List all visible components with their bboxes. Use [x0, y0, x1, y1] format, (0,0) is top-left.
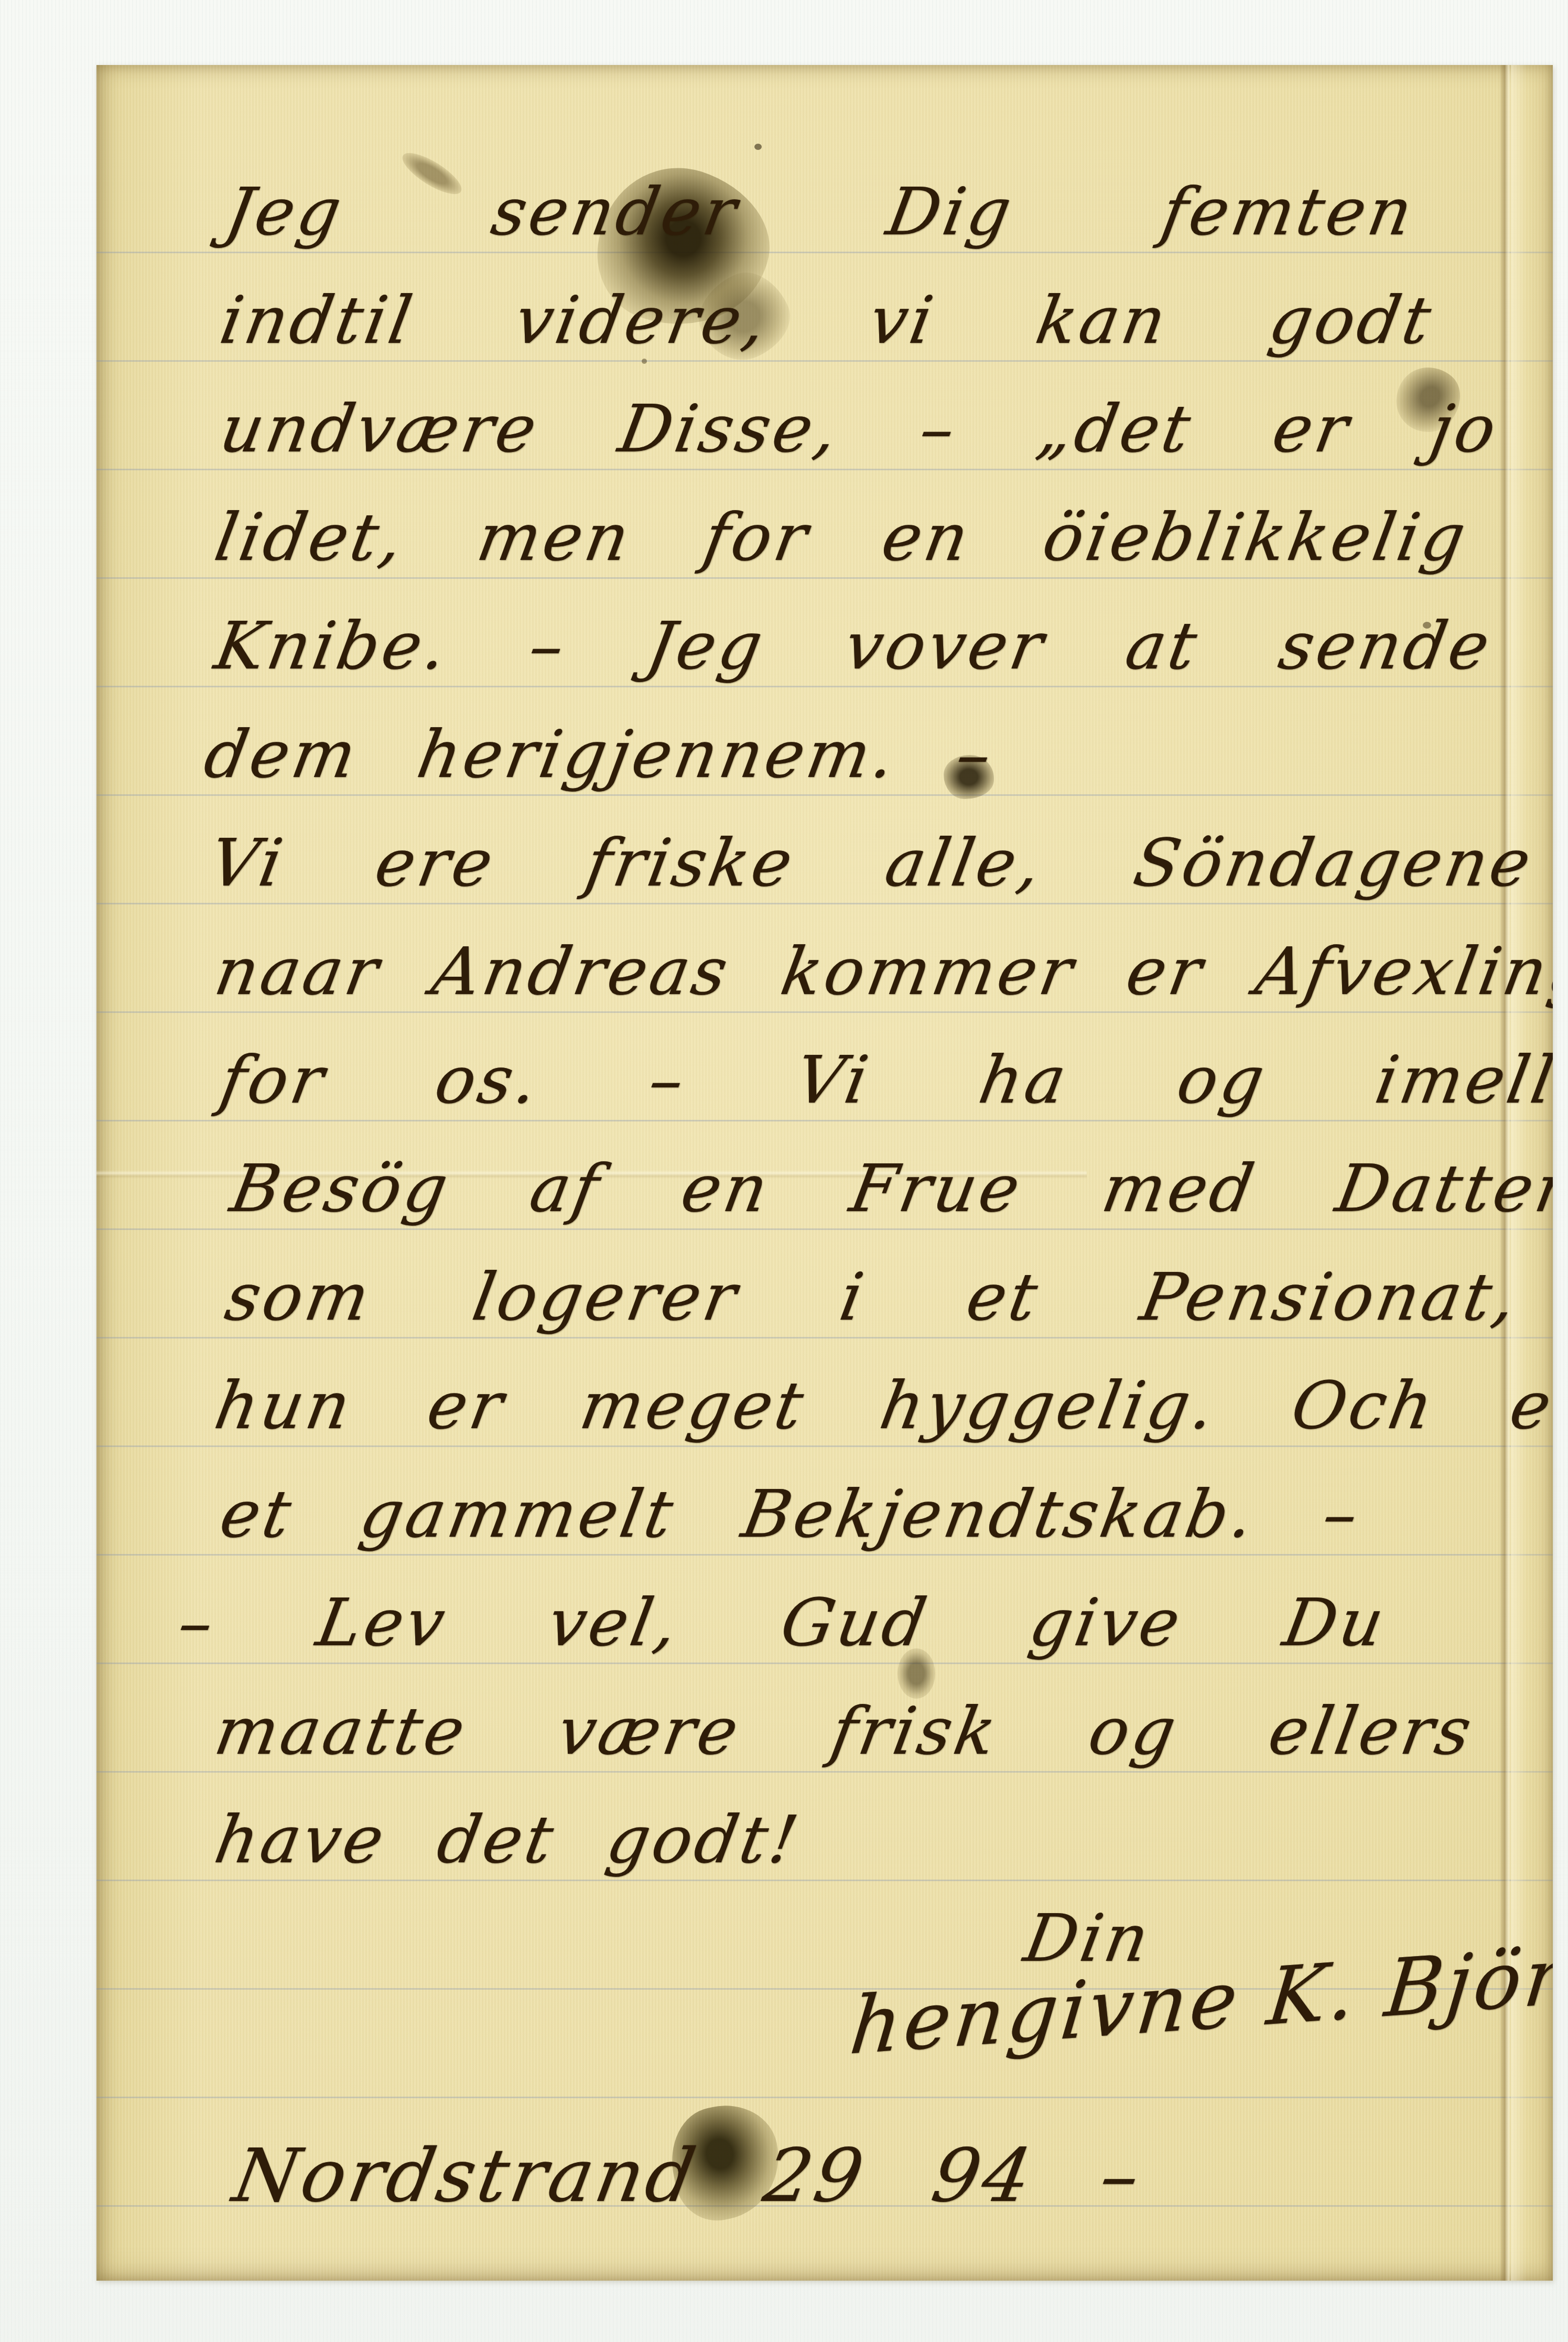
- letter-line: Jeg sender Dig femten Kr: [220, 176, 1553, 249]
- letter-line: maatte være frisk og ellers: [210, 1696, 1479, 1768]
- letter-line: dem herigjennem. –: [199, 719, 1000, 791]
- letter-line: hun er meget hyggelig. Och er: [210, 1370, 1553, 1442]
- letter-line: som logerer i et Pensionat,: [220, 1261, 1524, 1334]
- letter-line: indtil videre, vi kan godt: [215, 285, 1439, 357]
- letter-line: have det godt!: [210, 1804, 806, 1876]
- letter-line: Vi ere friske alle, Söndagene: [204, 827, 1539, 900]
- letter-page: Jeg sender Dig femten Kr indtil videre, …: [96, 65, 1553, 2281]
- letter-line: Knibe. – Jeg vover at sende: [210, 610, 1498, 683]
- ink-speck: [642, 359, 647, 364]
- dateline-place: Nordstrand: [227, 2133, 704, 2219]
- ink-speck: [754, 144, 762, 150]
- letter-line: et gammelt Bekjendtskab. –: [215, 1478, 1366, 1551]
- letter-line: lidet, men for en öieblikkelig: [210, 502, 1473, 574]
- letter-line: undvære Disse, – „det er jo: [215, 393, 1504, 466]
- letter-line: for os. – Vi ha og imellem: [215, 1044, 1553, 1117]
- letter-line: naar Andreas kommer er Afvexling: [210, 936, 1553, 1008]
- letter-line: – Lev vel, Gud give Du: [173, 1587, 1392, 1659]
- dateline: Nordstrand 29 94 –: [228, 2136, 1149, 2217]
- scanned-letter-background: { "document": { "kind": "handwritten let…: [0, 0, 1568, 2342]
- dateline-date: 29 94: [758, 2133, 1041, 2219]
- letter-line: Besög af en Frue med Datter: [225, 1153, 1553, 1225]
